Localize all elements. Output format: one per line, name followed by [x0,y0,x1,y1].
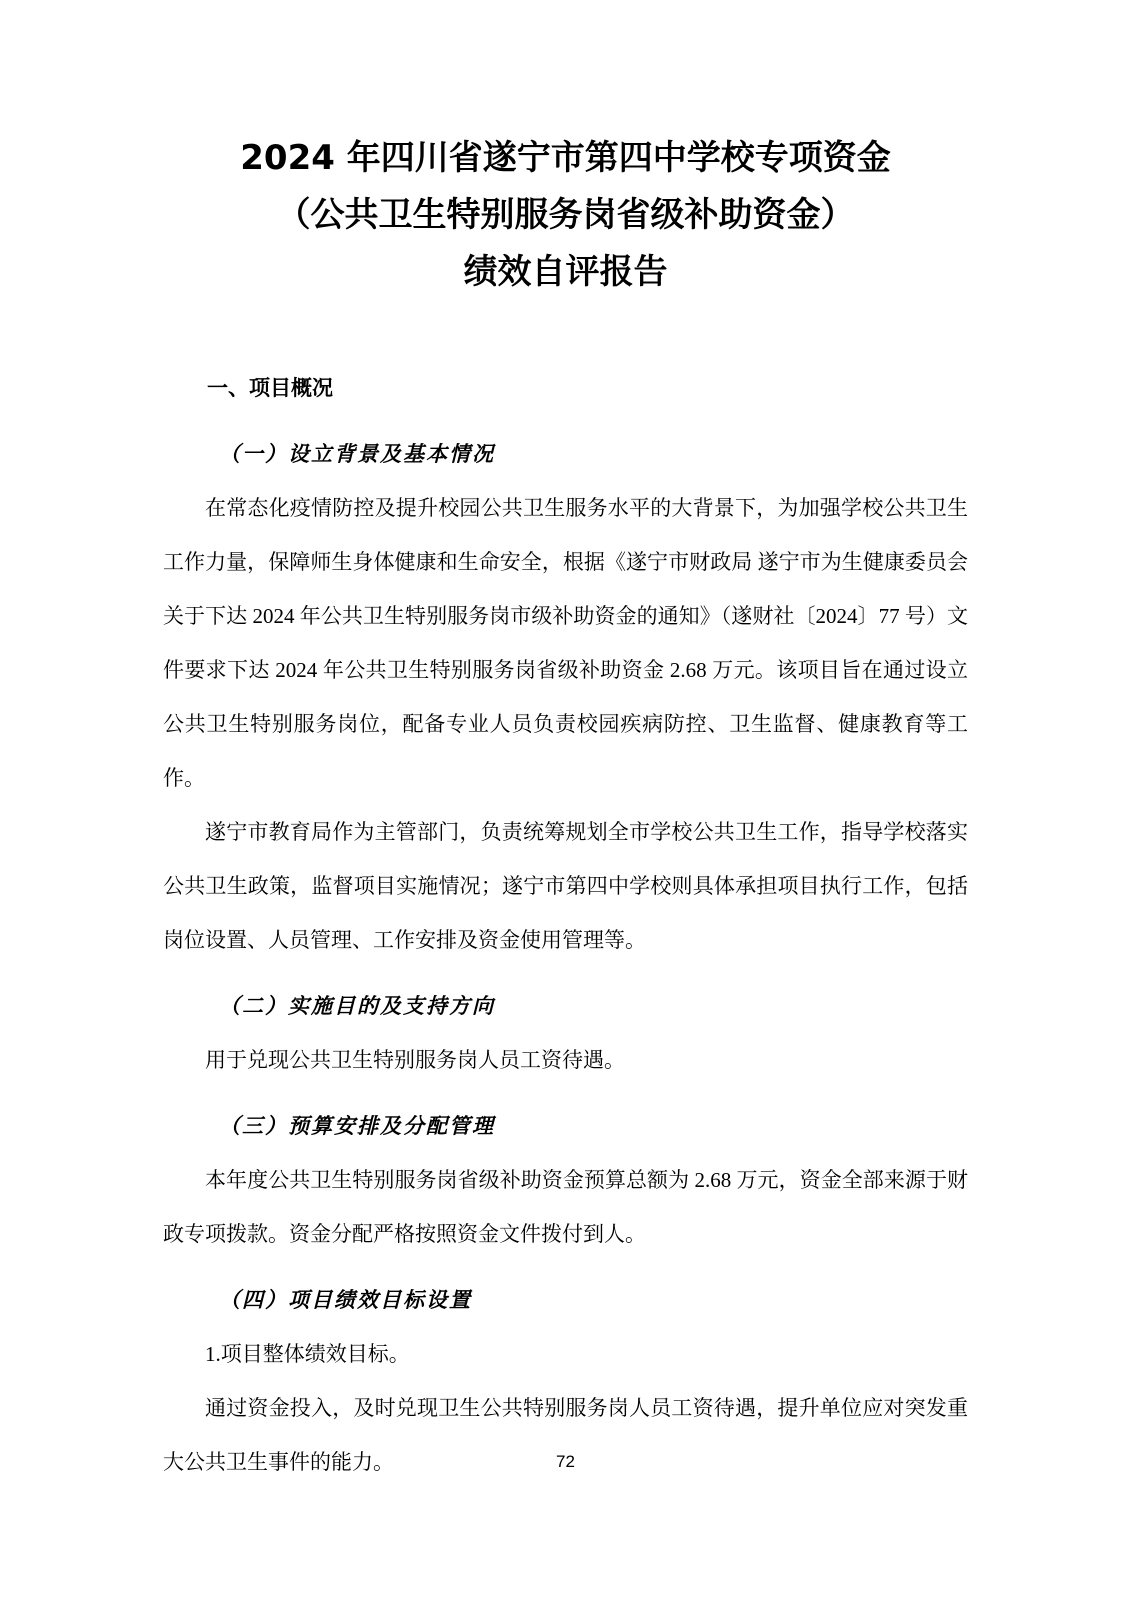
document-title-line-1: 2024 年四川省遂宁市第四中学校专项资金 [163,130,968,187]
paragraph-background-1: 在常态化疫情防控及提升校园公共卫生服务水平的大背景下，为加强学校公共卫生工作力量… [163,481,968,805]
document-title-line-3: 绩效自评报告 [163,244,968,301]
paragraph-background-2: 遂宁市教育局作为主管部门，负责统筹规划全市学校公共卫生工作，指导学校落实公共卫生… [163,805,968,967]
paragraph-budget: 本年度公共卫生特别服务岗省级补助资金预算总额为 2.68 万元，资金全部来源于财… [163,1153,968,1261]
document-title-line-2: （公共卫生特别服务岗省级补助资金） [163,187,968,244]
document-title: 2024 年四川省遂宁市第四中学校专项资金 （公共卫生特别服务岗省级补助资金） … [163,130,968,301]
subsection-heading-budget: （三）预算安排及分配管理 [163,1099,968,1153]
subsection-heading-background: （一）设立背景及基本情况 [163,427,968,481]
paragraph-goal-item: 1.项目整体绩效目标。 [163,1327,968,1381]
paragraph-purpose: 用于兑现公共卫生特别服务岗人员工资待遇。 [163,1033,968,1087]
subsection-heading-purpose: （二）实施目的及支持方向 [163,979,968,1033]
page-number: 72 [0,1452,1131,1472]
subsection-heading-performance-goals: （四）项目绩效目标设置 [163,1273,968,1327]
section-heading-project-overview: 一、项目概况 [163,361,968,415]
paragraph-goal-description: 通过资金投入，及时兑现卫生公共特别服务岗人员工资待遇，提升单位应对突发重大公共卫… [163,1381,968,1489]
document-content: 2024 年四川省遂宁市第四中学校专项资金 （公共卫生特别服务岗省级补助资金） … [0,0,1131,1489]
document-page: 2024 年四川省遂宁市第四中学校专项资金 （公共卫生特别服务岗省级补助资金） … [0,0,1131,1600]
